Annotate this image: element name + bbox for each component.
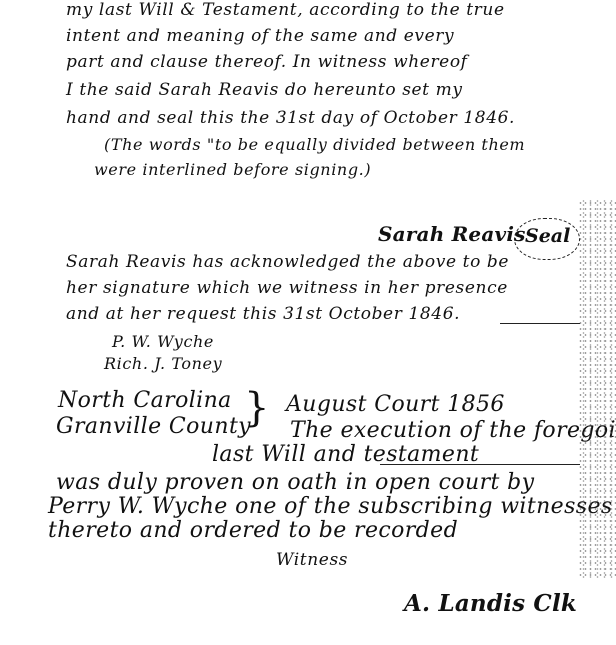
probate-line-5: thereto and ordered to be recorded <box>48 518 458 543</box>
testator-signature: Sarah Reavis <box>378 222 526 246</box>
interlineation-note-line-2: were interlined before signing.) <box>94 160 371 179</box>
probate-line-1: The execution of the foregoing <box>290 418 616 443</box>
will-line-1: my last Will & Testament, according to t… <box>66 0 505 20</box>
will-line-2: intent and meaning of the same and every <box>66 26 454 46</box>
probate-line-3: was duly proven on oath in open court by <box>56 470 534 495</box>
scan-noise-edge <box>578 200 616 580</box>
presence-underline <box>500 323 580 324</box>
seal-mark: Seal <box>514 218 580 260</box>
probate-witness-word: Witness <box>276 550 348 570</box>
will-line-5: hand and seal this the 31st day of Octob… <box>66 108 515 128</box>
bracket-brace: } <box>244 388 269 428</box>
attestation-line-2: her signature which we witness in her pr… <box>66 278 508 298</box>
probate-state: North Carolina <box>58 388 232 413</box>
probate-line-4: Perry W. Wyche one of the subscribing wi… <box>48 494 613 519</box>
will-line-4: I the said Sarah Reavis do hereunto set … <box>66 80 463 100</box>
witness-signature-2: Rich. J. Toney <box>104 354 222 373</box>
foregoing-underline <box>380 464 580 465</box>
will-line-3: part and clause thereof. In witness wher… <box>66 52 468 72</box>
probate-court-term: August Court 1856 <box>286 392 505 417</box>
attestation-line-3: and at her request this 31st October 184… <box>66 304 460 324</box>
probate-county: Granville County <box>56 414 251 439</box>
witness-signature-1: P. W. Wyche <box>112 332 214 351</box>
interlineation-note-line-1: (The words "to be equally divided betwee… <box>104 135 525 154</box>
attestation-line-1: Sarah Reavis has acknowledged the above … <box>66 252 509 272</box>
seal-label: Seal <box>525 225 570 247</box>
scanned-will-page: my last Will & Testament, according to t… <box>0 0 616 645</box>
clerk-signature: A. Landis Clk <box>404 590 577 617</box>
